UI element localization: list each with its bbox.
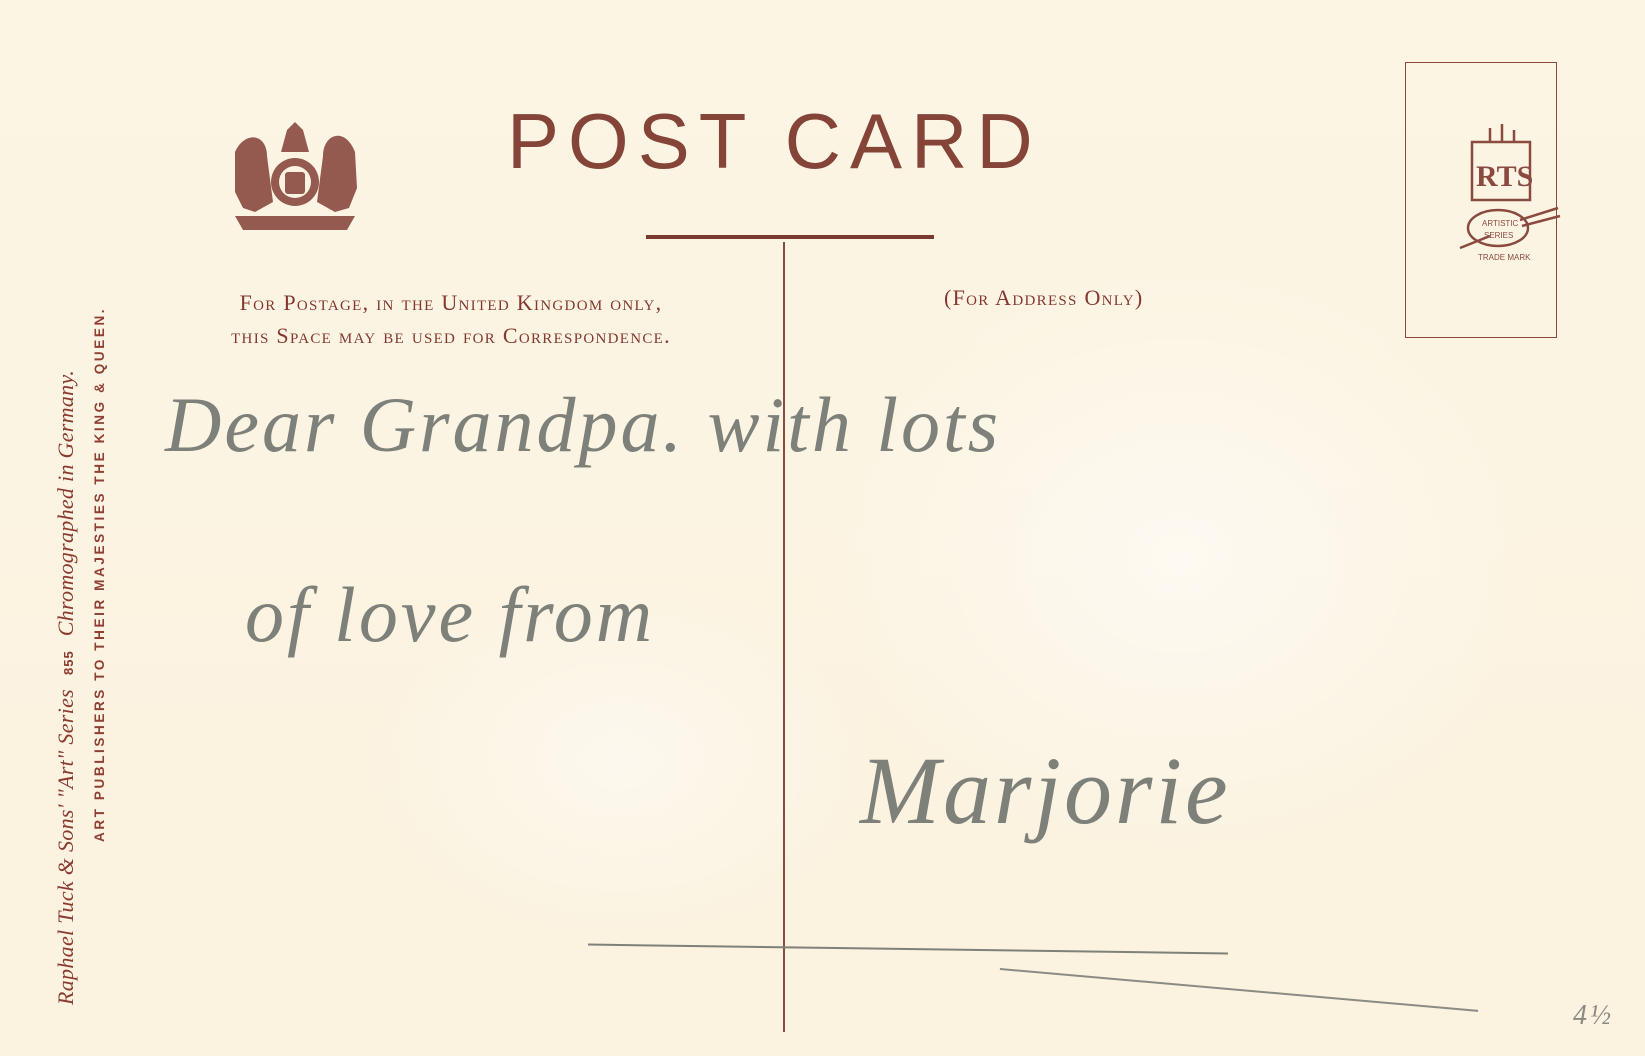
center-divider — [783, 242, 785, 1032]
svg-text:ARTISTIC: ARTISTIC — [1482, 219, 1519, 228]
logo-initials: RTS — [1476, 160, 1533, 193]
svg-text:TRADE MARK: TRADE MARK — [1478, 253, 1531, 262]
signature-underline — [588, 944, 1228, 955]
address-notice: (For Address Only) — [944, 285, 1144, 311]
publisher-line-2: ART PUBLISHERS TO THEIR MAJESTIES THE KI… — [92, 307, 107, 842]
title-underline — [646, 235, 934, 239]
signature-flourish — [1000, 968, 1478, 1011]
signature: Marjorie — [860, 735, 1231, 846]
corner-note: 4½ — [1573, 1000, 1614, 1032]
easel-palette-trademark-icon: RTS ARTISTIC SERIES TRADE MARK — [1450, 120, 1565, 270]
series-number: 855 — [61, 650, 76, 675]
svg-text:SERIES: SERIES — [1484, 231, 1513, 240]
page-title: POST CARD — [507, 96, 1042, 187]
royal-coat-of-arms-icon — [215, 112, 375, 240]
message-line-1: Dear Grandpa. with lots — [165, 380, 1001, 470]
correspondence-notice: For Postage, in the United Kingdom only,… — [140, 286, 762, 352]
publisher-line-1: Raphael Tuck & Sons' "Art" Series855Chro… — [53, 370, 79, 1005]
message-line-2: of love from — [245, 570, 655, 660]
